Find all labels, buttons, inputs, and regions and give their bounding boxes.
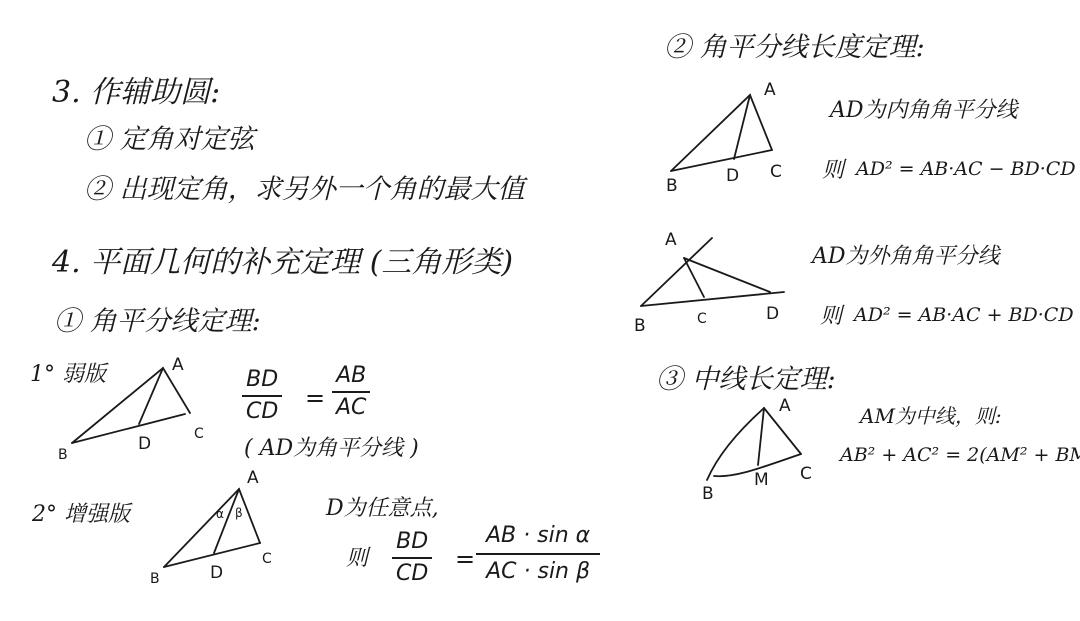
theorem-1-title: ① 角平分线定理: (54, 308, 261, 335)
weak-version-label: 1° 弱版 (30, 364, 106, 386)
weak-equals-sign: = (305, 384, 325, 412)
external-label-B: B (634, 318, 646, 335)
fraction-bar (392, 557, 432, 559)
fraction-bar (242, 395, 282, 397)
internal-label-D: D (726, 168, 739, 185)
external-label-D: D (766, 306, 779, 323)
strong-version-then: 则 (346, 548, 368, 570)
strong-label-alpha: α (216, 508, 224, 520)
fraction-bar (332, 391, 370, 393)
external-bisector-then: 则 (820, 306, 842, 328)
weak-label-D: D (138, 436, 151, 453)
median-label-C: C (800, 466, 812, 483)
median-label-A: A (779, 398, 791, 415)
fraction-numerator: BD (392, 530, 432, 554)
section-3-item-1: ① 定角对定弦 (84, 126, 255, 153)
fraction-denominator: CD (392, 562, 432, 586)
internal-label-A: A (764, 82, 776, 99)
internal-bisector-condition: AD为内角角平分线 (830, 100, 1018, 122)
strong-label-A: A (247, 470, 259, 487)
internal-bisector-then: 则 (822, 160, 844, 182)
weak-label-B: B (58, 448, 68, 462)
fraction-numerator: BD (242, 368, 282, 392)
internal-label-C: C (770, 164, 782, 181)
weak-label-A: A (172, 357, 184, 374)
strong-label-D: D (210, 565, 223, 582)
theorem-2-title: ② 角平分线长度定理: (664, 34, 925, 61)
external-label-A: A (665, 232, 677, 249)
weak-fraction-bd-cd: BD CD (242, 368, 282, 424)
fraction-denominator: CD (242, 400, 282, 424)
strong-label-C: C (262, 552, 272, 566)
strong-label-B: B (150, 572, 160, 586)
fraction-denominator: AC (332, 396, 370, 420)
strong-label-beta: β (235, 507, 243, 519)
strong-equals-sign: = (455, 545, 475, 573)
external-bisector-formula: AD² = AB·AC + BD·CD (854, 306, 1074, 325)
median-formula: AB² + AC² = 2(AM² + BM²) (840, 446, 1080, 465)
median-triangle-diagram (0, 0, 1, 1)
weak-label-C: C (194, 427, 204, 441)
section-3-title: 3. 作辅助圆: (52, 78, 220, 108)
external-label-C: C (697, 312, 707, 326)
median-condition: AM为中线，则: (860, 406, 1002, 426)
weak-version-note: ( AD为角平分线 ) (244, 438, 419, 460)
fraction-numerator: AB (332, 364, 370, 388)
fraction-denominator: AC · sin β (482, 560, 594, 584)
strong-version-condition: D为任意点, (326, 498, 439, 520)
internal-label-B: B (666, 178, 678, 195)
median-label-B: B (702, 486, 714, 503)
theorem-3-title: ③ 中线长定理: (656, 366, 836, 393)
weak-fraction-ab-ac: AB AC (332, 364, 370, 420)
section-3-item-2: ② 出现定角，求另外一个角的最大值 (84, 176, 525, 203)
strong-fraction-bd-cd: BD CD (392, 530, 432, 586)
strong-version-label: 2° 增强版 (32, 504, 130, 526)
internal-bisector-formula: AD² = AB·AC − BD·CD (856, 160, 1076, 179)
fraction-bar (476, 553, 600, 555)
external-bisector-condition: AD为外角角平分线 (812, 246, 1000, 268)
fraction-numerator: AB · sin α (482, 524, 594, 548)
strong-fraction-sine: AB · sin α AC · sin β (482, 524, 594, 584)
section-4-title: 4. 平面几何的补充定理 (三角形类) (52, 248, 513, 278)
median-label-M: M (754, 472, 769, 489)
